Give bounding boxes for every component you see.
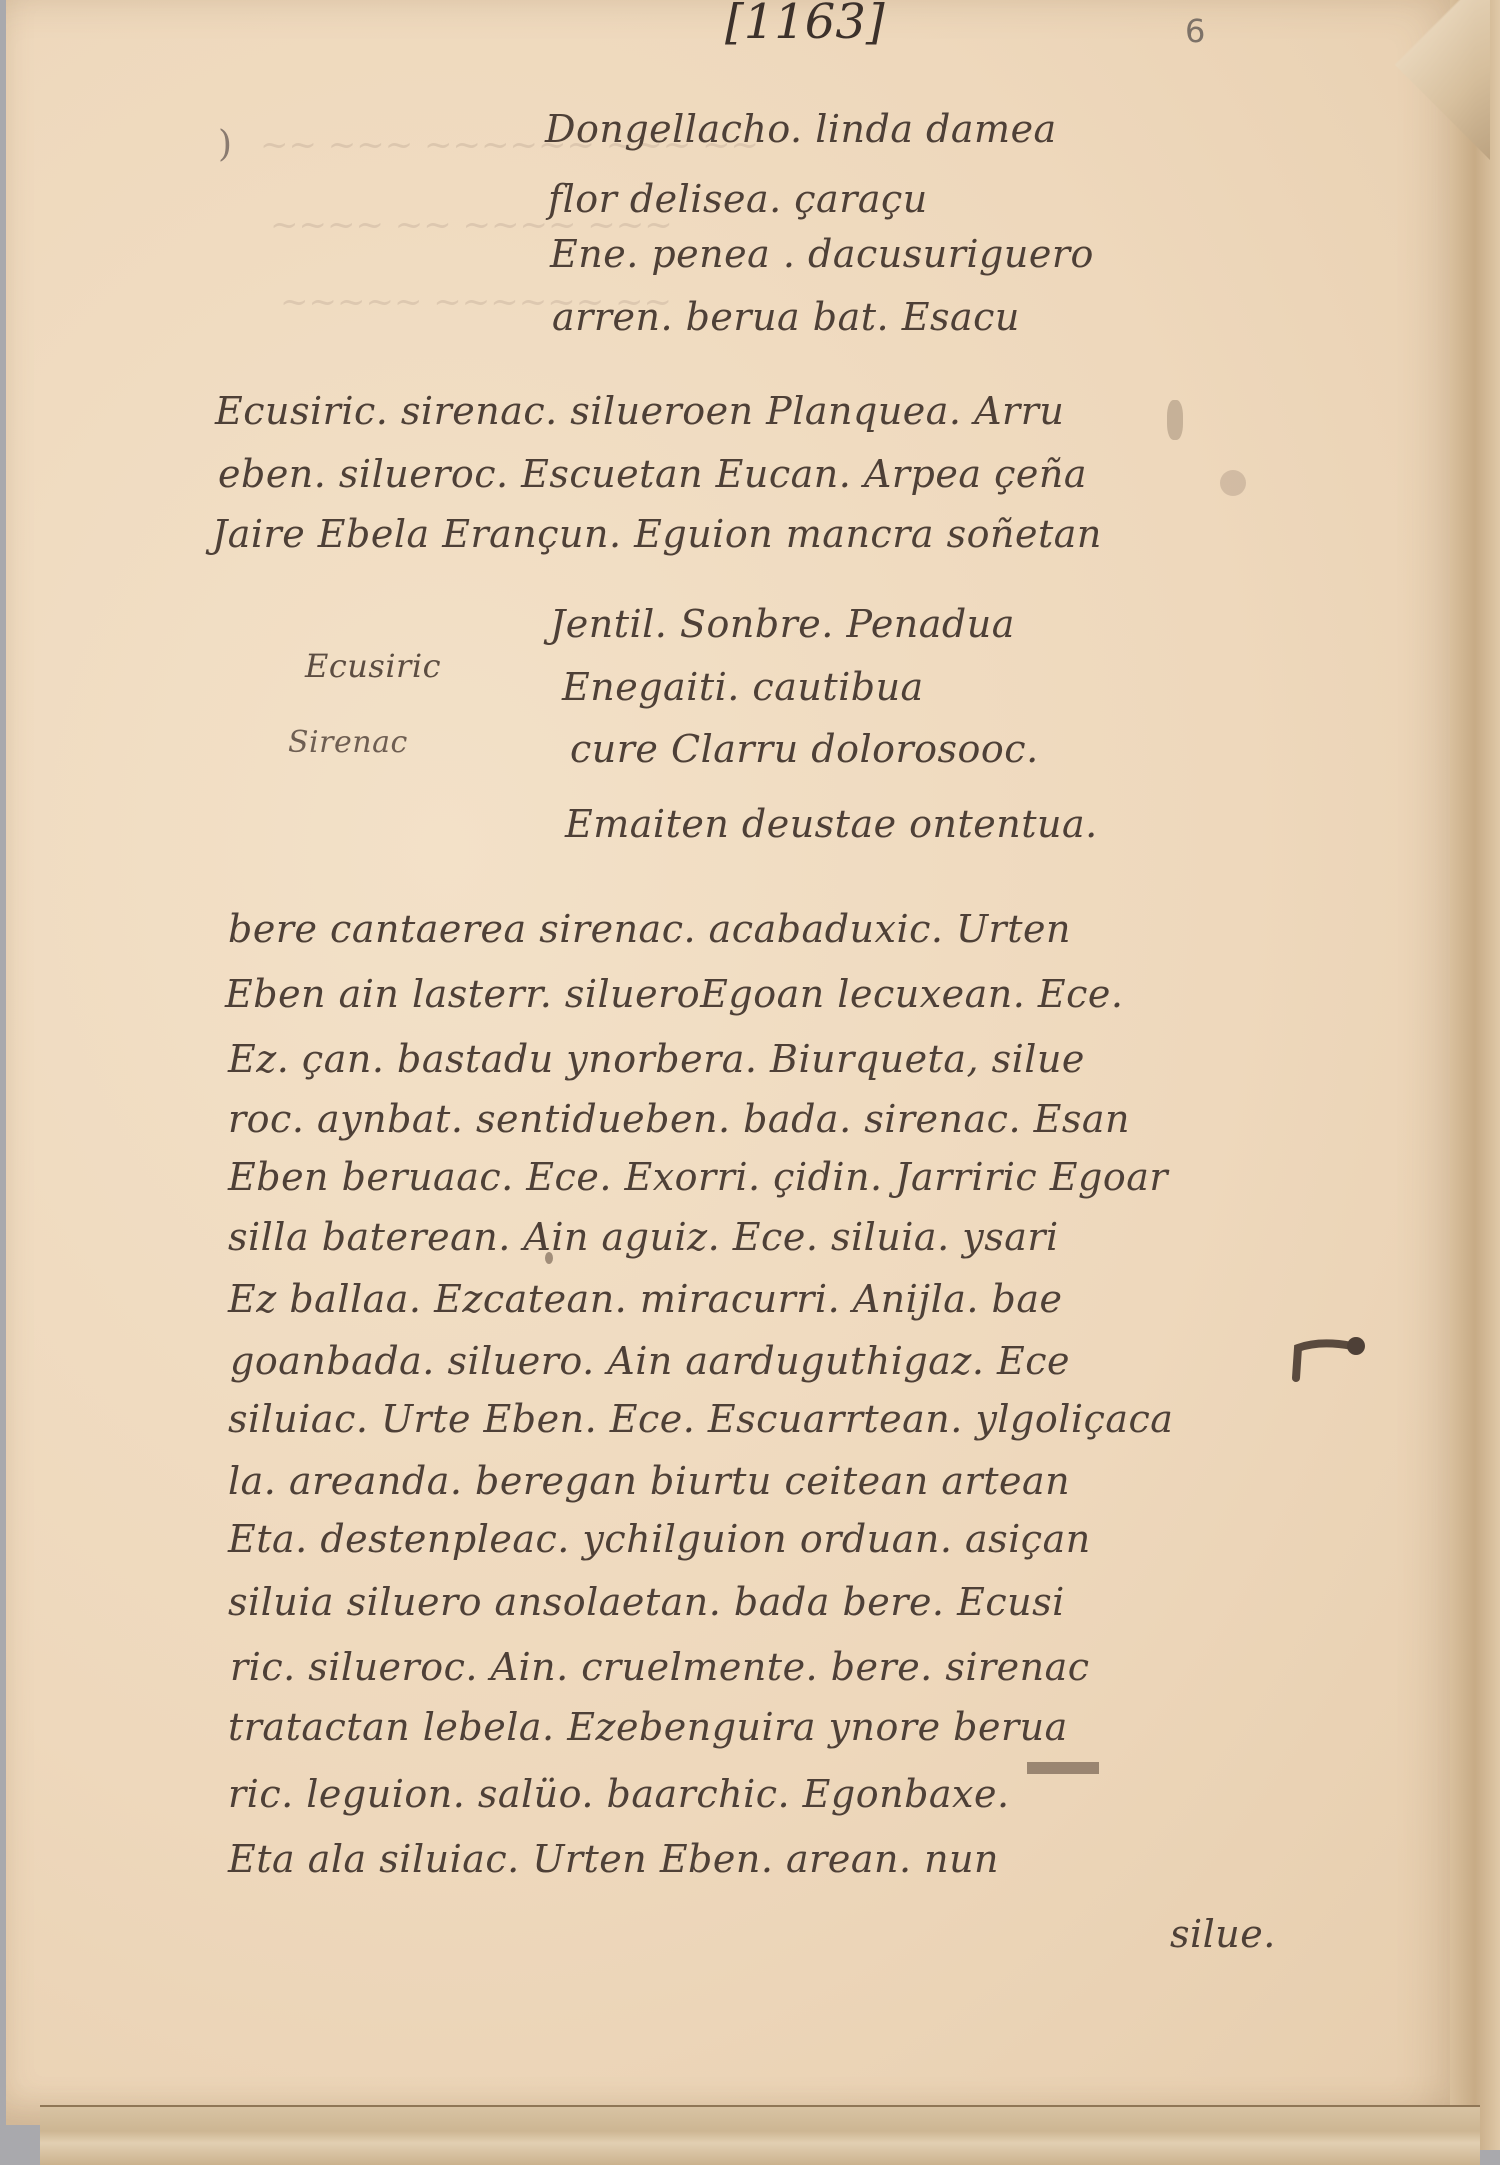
prose-line: Eben beruaac. Ece. Exorri. çidin. Jarrir… — [228, 1158, 1168, 1196]
ink-blot — [1167, 400, 1183, 440]
prose-line: Eta. destenpleac. ychilguion orduan. asi… — [228, 1520, 1091, 1558]
verse-line: cure Clarru dolorosooc. — [570, 730, 1039, 768]
prose-line: Ez ballaa. Ezcatean. miracurri. Anijla. … — [228, 1280, 1063, 1318]
prose-line: silla baterean. Ain aguiz. Ece. siluia. … — [228, 1218, 1059, 1256]
verse-line: Ene. penea . dacusuriguero — [550, 235, 1094, 273]
verse-line: Emaiten deustae ontentua. — [565, 805, 1098, 843]
ink-stain — [1220, 470, 1246, 496]
catchword: silue. — [1170, 1915, 1276, 1953]
prose-line: goanbada. siluero. Ain aarduguthigaz. Ec… — [230, 1342, 1070, 1380]
prose-line: Ecusiric. sirenac. silueroen Planquea. A… — [215, 392, 1064, 430]
prose-line: Eta ala siluiac. Urten Eben. arean. nun — [228, 1840, 999, 1878]
ink-dot — [545, 1252, 553, 1264]
verse-line: flor delisea. çaraçu — [548, 180, 928, 218]
prose-line: ric. silueroc. Ain. cruelmente. bere. si… — [230, 1648, 1090, 1686]
margin-label: Sirenac — [288, 728, 408, 758]
prose-line: siluia siluero ansolaetan. bada bere. Ec… — [228, 1583, 1065, 1621]
prose-line: roc. aynbat. sentidueben. bada. sirenac.… — [228, 1100, 1130, 1138]
shelfmark: [1163] — [725, 0, 885, 50]
prose-line: siluiac. Urte Eben. Ece. Escuarrtean. yl… — [228, 1400, 1173, 1438]
prose-line: Eben ain lasterr. silueroEgoan lecuxean.… — [225, 975, 1124, 1013]
folio-number: 6 — [1185, 12, 1205, 50]
ink-bar-mark — [1027, 1762, 1099, 1774]
page-stack-edge — [40, 2105, 1480, 2165]
prose-line: tratactan lebela. Ezebenguira ynore beru… — [228, 1708, 1068, 1746]
verse-line: Dongellacho. linda damea — [545, 110, 1057, 148]
prose-line: bere cantaerea sirenac. acabaduxic. Urte… — [228, 910, 1071, 948]
verse-line: Enegaiti. cautibua — [562, 668, 924, 706]
prose-line: eben. silueroc. Escuetan Eucan. Arpea çe… — [218, 455, 1087, 493]
prose-line: la. areanda. beregan biurtu ceitean arte… — [228, 1462, 1070, 1500]
margin-label: Ecusiric — [305, 650, 441, 682]
prose-line: Jaire Ebela Erançun. Eguion mancra soñet… — [212, 515, 1102, 553]
marginal-bracket-mark — [1290, 1330, 1370, 1390]
prose-line: ric. leguion. salüo. baarchic. Egonbaxe. — [228, 1775, 1010, 1813]
margin-mark: ) — [218, 124, 232, 165]
prose-line: Ez. çan. bastadu ynorbera. Biurqueta, si… — [228, 1040, 1085, 1078]
verse-line: arren. berua bat. Esacu — [552, 298, 1020, 336]
verse-line: Jentil. Sonbre. Penadua — [550, 605, 1015, 643]
